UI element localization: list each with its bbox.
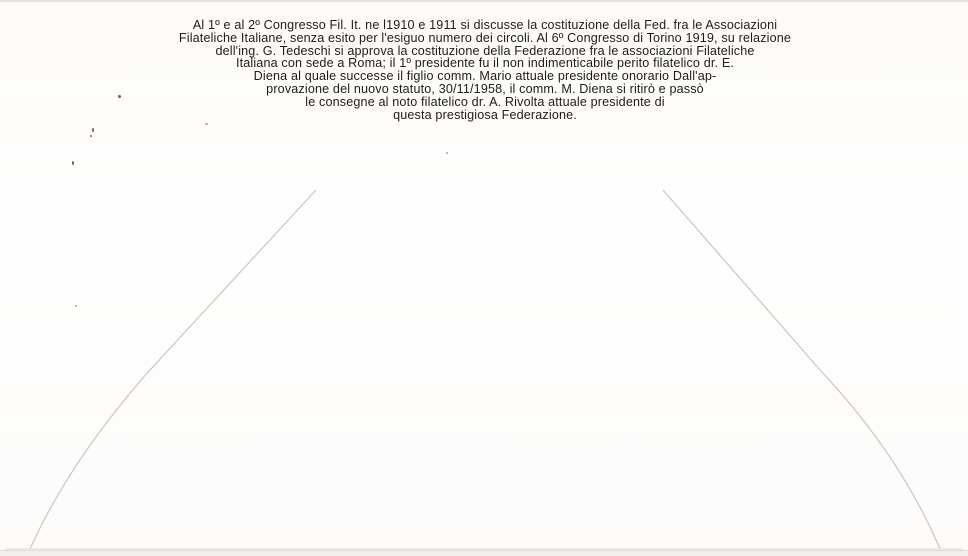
paper-speck (205, 123, 208, 125)
text-line: Filateliche Italiane, senza esito per l'… (100, 32, 870, 45)
text-line: le consegne al noto filatelico dr. A. Ri… (100, 96, 870, 109)
paper-speck (118, 95, 121, 98)
right-flap-fold (663, 190, 940, 549)
history-text: Al 1º e al 2º Congresso Fil. It. ne l191… (100, 19, 870, 121)
paper-speck (446, 152, 448, 154)
envelope-bottom-edge (0, 550, 968, 556)
text-line: Al 1º e al 2º Congresso Fil. It. ne l191… (100, 19, 870, 32)
paper-speck (75, 305, 77, 307)
text-line: provazione del nuovo statuto, 30/11/1958… (100, 83, 870, 96)
left-flap-fold (30, 190, 316, 549)
text-line: questa prestigiosa Federazione. (100, 109, 870, 122)
paper-speck (72, 161, 74, 165)
envelope-back: Al 1º e al 2º Congresso Fil. It. ne l191… (0, 0, 968, 556)
paper-speck (92, 128, 94, 132)
paper-speck (90, 135, 92, 137)
